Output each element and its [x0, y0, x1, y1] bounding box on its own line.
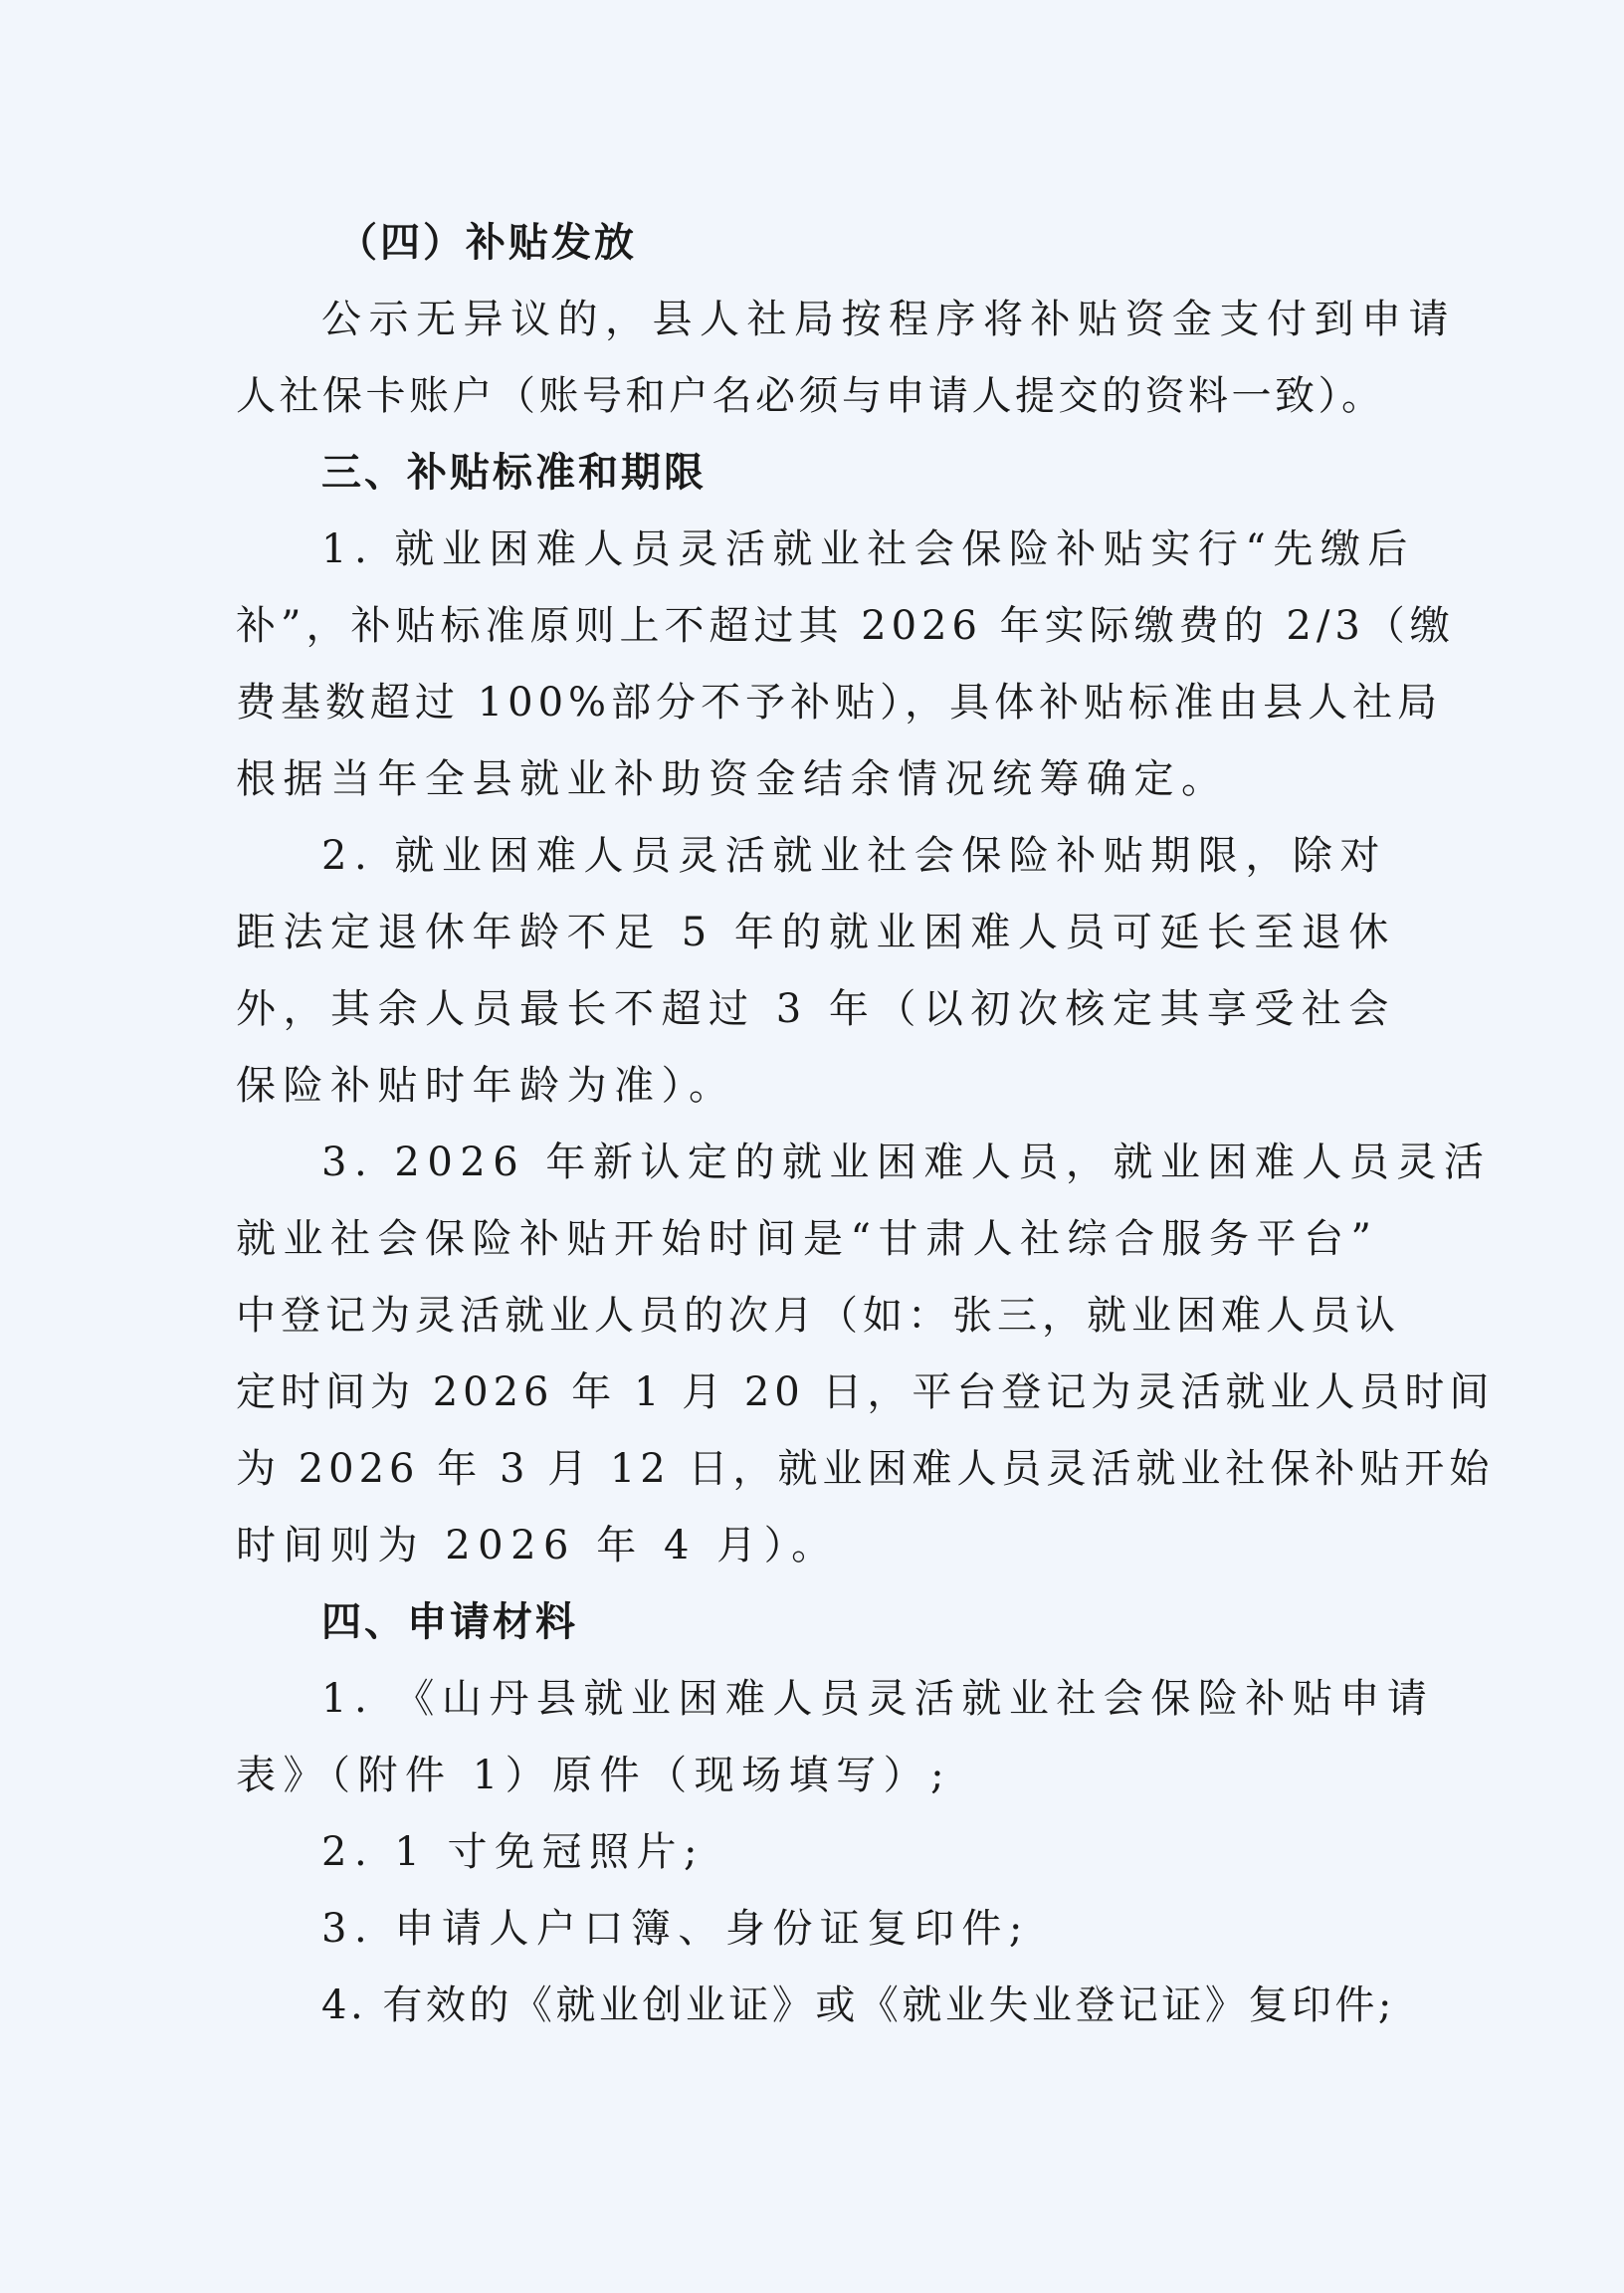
section-4-heading: （四）补贴发放	[236, 205, 1380, 282]
list-item: 表》（附件 1）原件（现场填写）;	[236, 1738, 1380, 1814]
paragraph-line: 2. 就业困难人员灵活就业社会保险补贴期限，除对	[236, 818, 1380, 895]
paragraph-line: 时间则为 2026 年 4 月）。	[236, 1508, 1380, 1584]
paragraph-line: 费基数超过 100%部分不予补贴），具体补贴标准由县人社局	[236, 665, 1380, 741]
paragraph-line: 人社保卡账户（账号和户名必须与申请人提交的资料一致）。	[236, 358, 1380, 435]
list-item: 2. 1 寸免冠照片;	[236, 1814, 1380, 1891]
section-4-paragraph: 公示无异议的，县人社局按程序将补贴资金支付到申请 人社保卡账户（账号和户名必须与…	[236, 282, 1380, 435]
paragraph-line: 保险补贴时年龄为准）。	[236, 1048, 1380, 1125]
paragraph-line: 3. 2026 年新认定的就业困难人员，就业困难人员灵活	[236, 1125, 1380, 1201]
list-item: 4. 有效的《就业创业证》或《就业失业登记证》复印件;	[236, 1968, 1380, 2044]
standard-item-1: 1. 就业困难人员灵活就业社会保险补贴实行“先缴后 补”，补贴标准原则上不超过其…	[236, 512, 1380, 818]
section-three-heading: 三、补贴标准和期限	[236, 435, 1380, 512]
paragraph-line: 根据当年全县就业补助资金结余情况统筹确定。	[236, 741, 1380, 818]
list-item: 3. 申请人户口簿、身份证复印件;	[236, 1891, 1380, 1968]
paragraph-line: 外，其余人员最长不超过 3 年（以初次核定其享受社会	[236, 971, 1380, 1048]
paragraph-line: 为 2026 年 3 月 12 日，就业困难人员灵活就业社保补贴开始	[236, 1431, 1380, 1508]
paragraph-line: 就业社会保险补贴开始时间是“甘肃人社综合服务平台”	[236, 1201, 1380, 1278]
paragraph-line: 补”，补贴标准原则上不超过其 2026 年实际缴费的 2/3（缴	[236, 588, 1380, 665]
paragraph-line: 中登记为灵活就业人员的次月（如：张三，就业困难人员认	[236, 1278, 1380, 1355]
paragraph-line: 定时间为 2026 年 1 月 20 日，平台登记为灵活就业人员时间	[236, 1355, 1380, 1431]
list-item: 1. 《山丹县就业困难人员灵活就业社会保险补贴申请	[236, 1661, 1380, 1738]
materials-list: 1. 《山丹县就业困难人员灵活就业社会保险补贴申请 表》（附件 1）原件（现场填…	[236, 1661, 1380, 2044]
paragraph-line: 距法定退休年龄不足 5 年的就业困难人员可延长至退休	[236, 895, 1380, 971]
document-page: （四）补贴发放 公示无异议的，县人社局按程序将补贴资金支付到申请 人社保卡账户（…	[236, 205, 1380, 2044]
section-four-heading: 四、申请材料	[236, 1584, 1380, 1661]
paragraph-line: 公示无异议的，县人社局按程序将补贴资金支付到申请	[236, 282, 1380, 358]
standard-item-3: 3. 2026 年新认定的就业困难人员，就业困难人员灵活 就业社会保险补贴开始时…	[236, 1125, 1380, 1584]
standard-item-2: 2. 就业困难人员灵活就业社会保险补贴期限，除对 距法定退休年龄不足 5 年的就…	[236, 818, 1380, 1125]
paragraph-line: 1. 就业困难人员灵活就业社会保险补贴实行“先缴后	[236, 512, 1380, 588]
